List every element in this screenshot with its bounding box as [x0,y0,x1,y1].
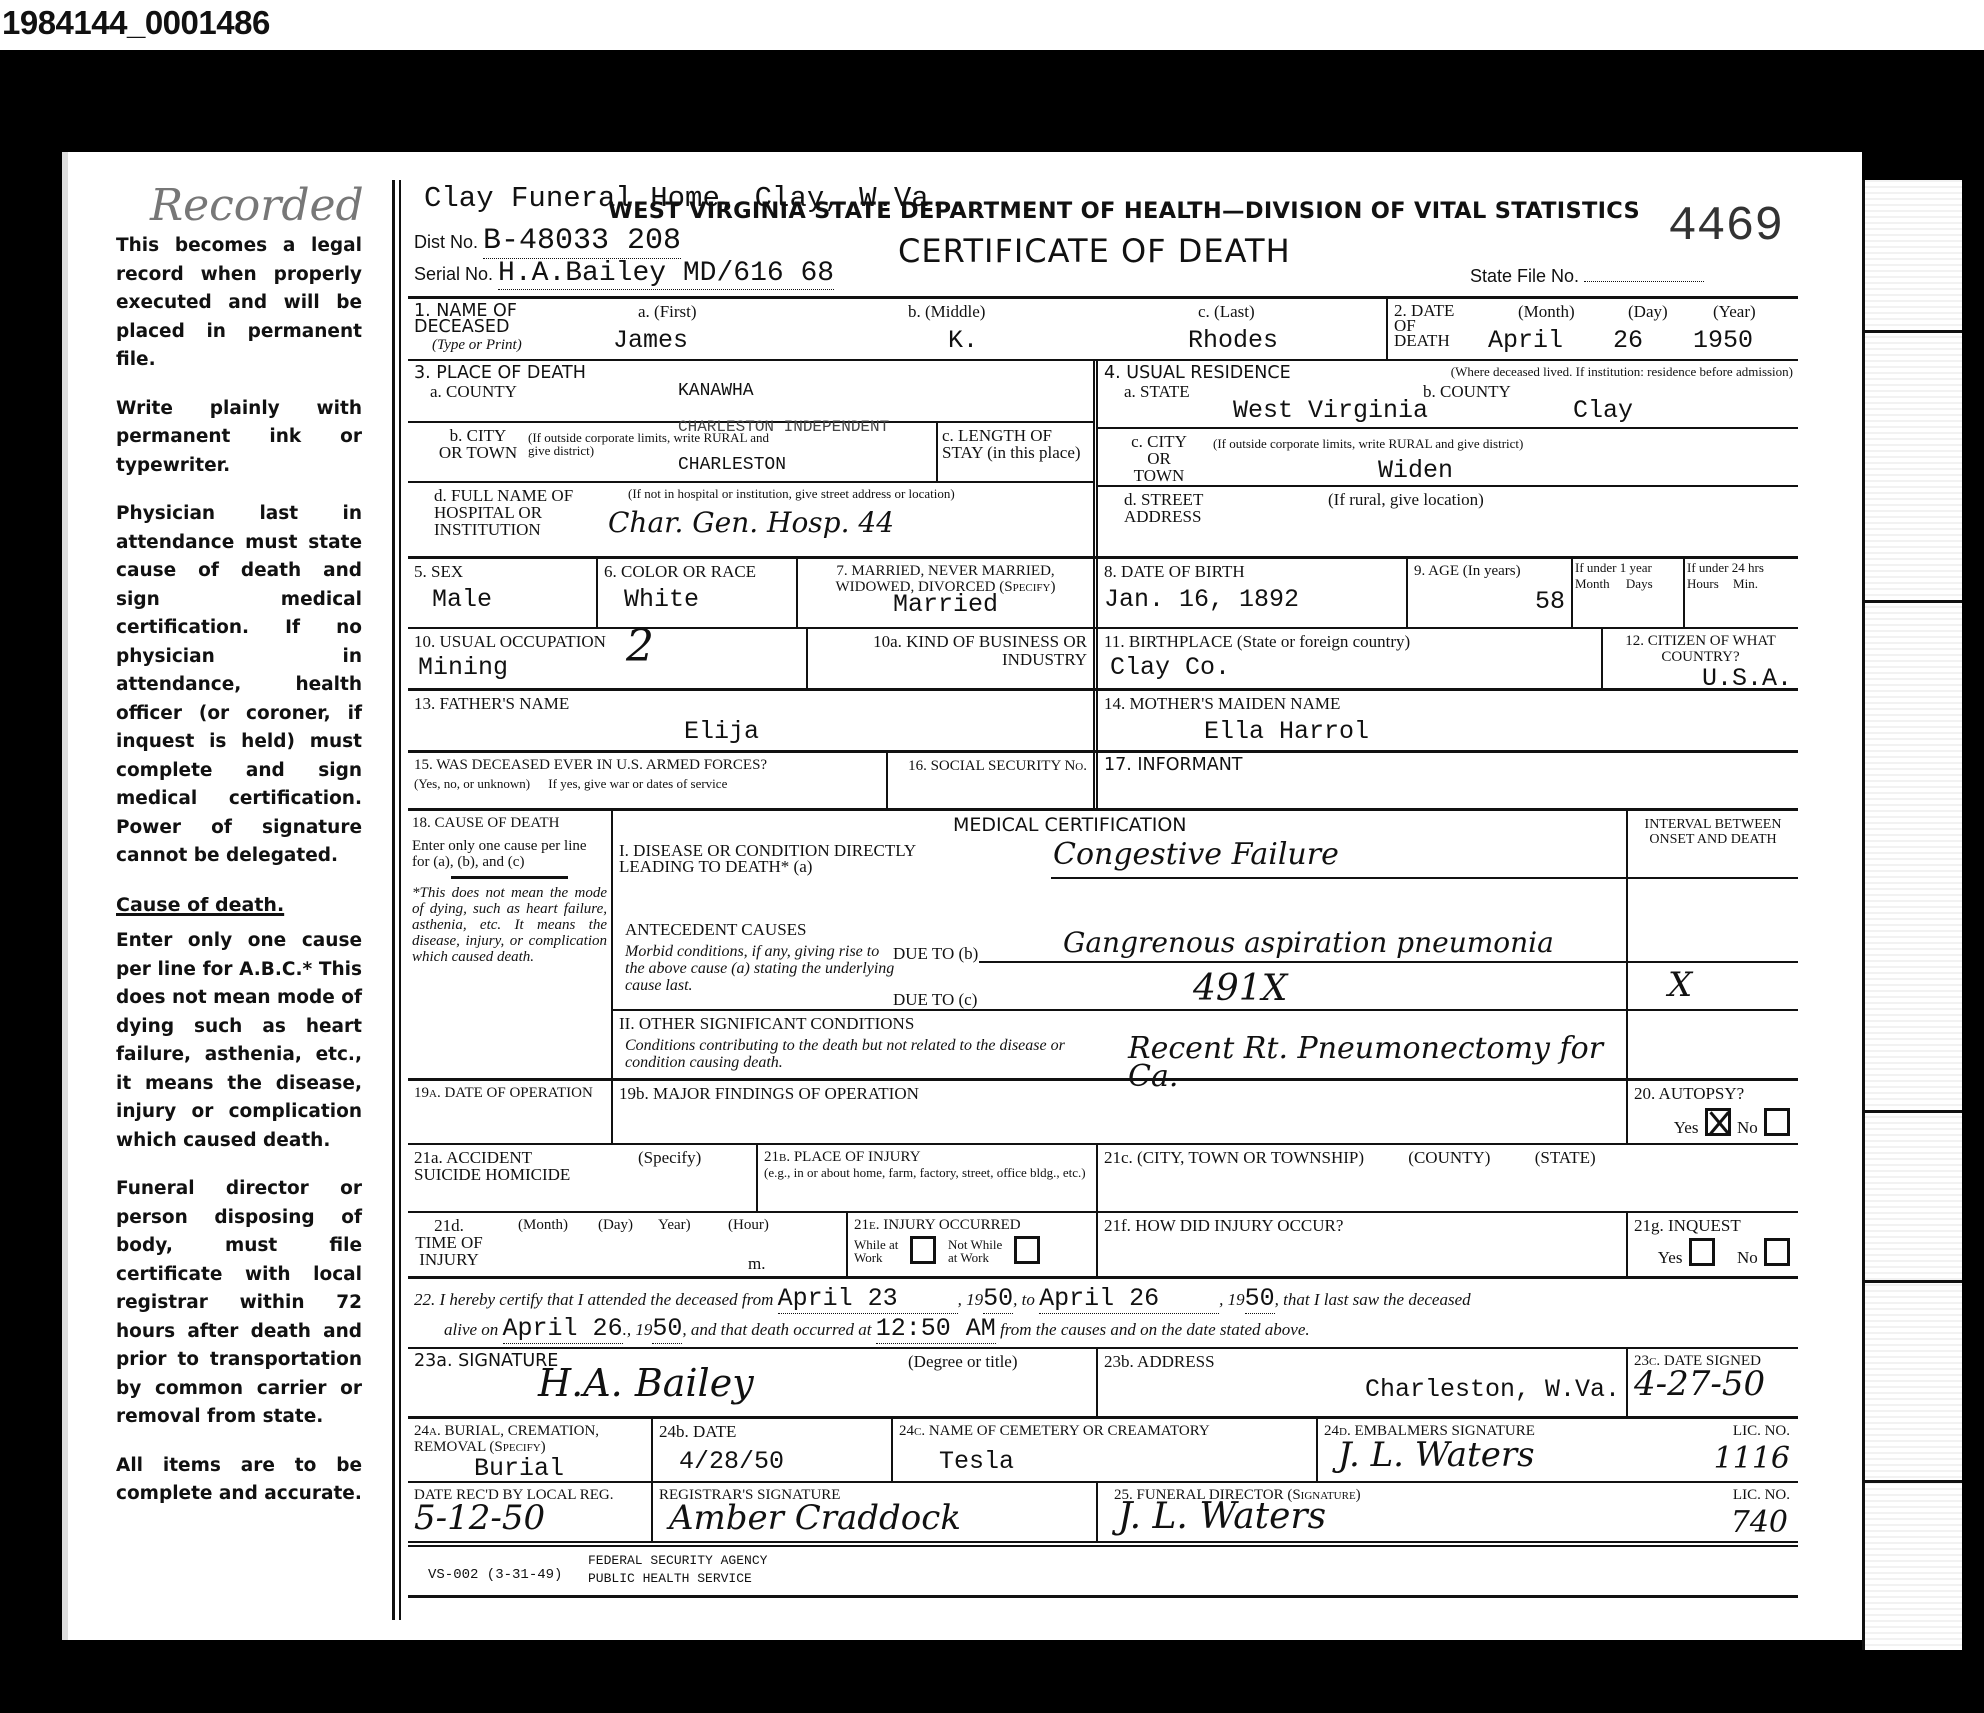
embalmer-signature: J. L. Waters [1338,1441,1535,1469]
autopsy-yes-label: Yes [1674,1118,1699,1137]
autopsy-yes-checkbox[interactable] [1705,1108,1731,1136]
field-disposition: 24a. BURIAL, CREMATION, REMOVAL (Specify… [408,1419,653,1481]
dist-value: B-48033 208 [483,224,681,259]
form-grid: 1. NAME OF DECEASED (Type or Print) a. (… [408,296,1798,1598]
physician-address: Charleston, W.Va. [1104,1376,1620,1404]
field-injury-occurred: 21e. INJURY OCCURRED While at Work Not W… [848,1213,1098,1276]
instructions-sidebar: This becomes a legal record when properl… [116,232,362,1529]
strip-rule [1865,1280,1962,1283]
row-place: 3. PLACE OF DEATH a. COUNTY KANAWHA b. C… [408,361,1798,559]
strip-rule [1865,1480,1962,1483]
certify-text-1: 22. I hereby certify that I attended the… [414,1290,773,1309]
row-name: 1. NAME OF DECEASED (Type or Print) a. (… [408,299,1798,361]
accident-specify: (Specify) [638,1149,701,1166]
certify-text-4: from the causes and on the date stated a… [1000,1320,1310,1339]
field-operation-date: 19a. DATE OF OPERATION [408,1081,613,1143]
strip-rule [1865,600,1962,603]
field-interval: INTERVAL BETWEEN ONSET AND DEATH X [1628,811,1798,1078]
due-b-label: DUE TO (b) [893,945,978,962]
interval-mark: X [1668,971,1692,999]
other-label: II. OTHER SIGNIFICANT CONDITIONS [619,1015,914,1032]
right-edge-strip [1862,180,1962,1650]
autopsy-no-label: No [1737,1118,1758,1137]
inquest-label: 21g. INQUEST [1634,1217,1792,1234]
dod-month: April [1488,327,1563,355]
street-note: (If rural, give location) [1328,491,1484,508]
street-label: d. STREET ADDRESS [1124,491,1234,525]
while-work-checkbox[interactable] [910,1236,936,1264]
embalmer-lic-label: LIC. NO. [1733,1423,1790,1440]
medical-title: MEDICAL CERTIFICATION [953,817,1187,834]
row-occupation: 10. USUAL OCCUPATION Mining 2 10a. KIND … [408,629,1798,691]
not-while-work-label: Not While at Work [948,1238,1008,1264]
burial-date: 4/28/50 [679,1448,885,1476]
county-label: a. COUNTY [430,383,517,400]
field-physician-signature: 23a. SIGNATURE (Degree or title) H.A. Ba… [408,1349,1098,1416]
strip-rule [1865,1110,1962,1113]
field-date-signed: 23c. DATE SIGNED 4-27-50 [1628,1349,1798,1416]
field-race: 6. COLOR OR RACE White [598,559,798,627]
dod-day: 26 [1613,327,1643,355]
death-city: CHARLESTON [678,457,786,474]
birthplace-label: 11. BIRTHPLACE (State or foreign country… [1104,633,1595,650]
field-operation-findings: 19b. MAJOR FINDINGS OF OPERATION [613,1081,1628,1143]
sex-label: 5. SEX [414,563,590,580]
agency-1: FEDERAL SECURITY AGENCY [588,1553,767,1568]
injury-county-label: (COUNTY) [1408,1148,1490,1167]
middle-label: b. (Middle) [908,303,985,320]
row-operation: 19a. DATE OF OPERATION 19b. MAJOR FINDIN… [408,1081,1798,1145]
field-injury-how: 21f. HOW DID INJURY OCCUR? [1098,1213,1628,1276]
director-lic-label: LIC. NO. [1733,1487,1790,1504]
res-state-label: a. STATE [1124,383,1190,400]
certificate-number: 4469 [1668,200,1783,254]
while-work-label: While at Work [854,1238,904,1264]
field-physician-address: 23b. ADDRESS Charleston, W.Va. [1098,1349,1628,1416]
director-lic: 740 [1731,1509,1788,1537]
hospital-note: (If not in hospital or institution, give… [628,487,1088,500]
race-label: 6. COLOR OR RACE [604,563,790,580]
findings-label: 19b. MAJOR FINDINGS OF OPERATION [619,1085,1620,1102]
cause-label: 18. CAUSE OF DEATH [412,815,607,832]
last-seen-year: 50 [652,1315,682,1344]
dob-value: Jan. 16, 1892 [1104,586,1400,614]
state-file-no: State File No. [1470,266,1704,287]
injury-state-label: (STATE) [1535,1148,1596,1167]
ssn-label: 16. SOCIAL SECURITY No. [894,757,1087,775]
under24-hours: Hours [1687,576,1719,591]
first-name: James [613,327,688,355]
certify-text-2: , that I last saw the deceased [1275,1290,1471,1309]
last-seen-alive: April 26 [503,1315,623,1344]
row-medical: 18. CAUSE OF DEATH Enter only one cause … [408,811,1798,1081]
marital-value: Married [804,591,1087,619]
dod-year: 1950 [1693,327,1753,355]
sex-value: Male [432,586,590,614]
autopsy-no-checkbox[interactable] [1764,1108,1790,1136]
field-date-of-death: 2. DATE OF DEATH (Month) (Day) (Year) Ap… [1388,299,1798,359]
age-value: 58 [1414,588,1565,616]
name-label: 1. NAME OF DECEASED [414,303,564,335]
row-burial: 24a. BURIAL, CREMATION, REMOVAL (Specify… [408,1419,1798,1483]
injury-city-label: 21c. (CITY, TOWN OR TOWNSHIP) [1104,1148,1364,1167]
other-note: Conditions contributing to the death but… [625,1037,1105,1071]
due-c-label: DUE TO (c) [893,991,977,1008]
field-residence: 4. USUAL RESIDENCE (Where deceased lived… [1098,361,1798,556]
department-title: WEST VIRGINIA STATE DEPARTMENT OF HEALTH… [608,198,1640,224]
row-service: 15. WAS DECEASED EVER IN U.S. ARMED FORC… [408,753,1798,811]
field-place-of-death: 3. PLACE OF DEATH a. COUNTY KANAWHA b. C… [408,361,1098,556]
res-county: Clay [1573,397,1633,425]
sidebar-divider [399,180,401,1620]
last-name: Rhodes [1188,327,1278,355]
to-year-prefix: , 19 [1219,1290,1245,1309]
field-father: 13. FATHER'S NAME Elija [408,691,1098,750]
under24-label: If under 24 hrs [1687,561,1796,574]
field-injury-place: 21b. PLACE OF INJURY (e.g., in or about … [758,1145,1098,1211]
inquest-no-label: No [1737,1248,1758,1267]
certificate-title: CERTIFICATE OF DEATH [898,232,1291,270]
cemetery-label: 24c. NAME OF CEMETERY OR CREAMATORY [899,1423,1310,1440]
field-registrar-signature: REGISTRAR'S SIGNATURE Amber Craddock [653,1483,1098,1541]
sidebar-divider [392,180,395,1620]
field-autopsy: 20. AUTOPSY? Yes No [1628,1081,1798,1143]
injury-time-label: 21d. TIME OF INJURY [414,1217,484,1268]
cause-c: 491X [1193,975,1287,1003]
cause-heading: Cause of death. [116,891,362,920]
instruction-ink: Write plainly with permanent ink or type… [116,395,362,481]
form-number: VS-002 (3-31-49) [428,1567,562,1583]
field-mother: 14. MOTHER'S MAIDEN NAME Ella Harrol [1098,691,1798,750]
strip-rule [1865,330,1962,333]
physician-signature: H.A. Bailey [538,1369,754,1397]
row-personal: 5. SEX Male 6. COLOR OR RACE White 7. MA… [408,559,1798,629]
disposition-label: 24a. BURIAL, CREMATION, REMOVAL (Specify… [414,1423,645,1455]
instruction-physician: Physician last in attendance must state … [116,500,362,871]
cause-b: Gangrenous aspiration pneumonia [1063,929,1554,957]
field-inquest: 21g. INQUEST Yes No [1628,1213,1798,1276]
field-cause-of-death: MEDICAL CERTIFICATION I. DISEASE OR COND… [613,811,1628,1078]
field-under-1-year: If under 1 year Month Days [1573,559,1685,627]
field-citizen: 12. CITIZEN OF WHAT COUNTRY? U.S.A. [1603,629,1798,688]
occurred-label: 21e. INJURY OCCURRED [854,1217,1090,1234]
father-label: 13. FATHER'S NAME [414,695,1087,712]
injury-place-label: 21b. PLACE OF INJURY [764,1149,1090,1166]
field-dob: 8. DATE OF BIRTH Jan. 16, 1892 [1098,559,1408,627]
instruction-cause: Enter only one cause per line for A.B.C.… [116,927,362,1155]
accident-label: 21a. ACCIDENT SUICIDE HOMICIDE [414,1149,574,1183]
time-of-death: 12:50 AM [876,1315,996,1344]
antecedent-note: Morbid conditions, if any, giving rise t… [625,943,895,994]
field-armed-forces: 15. WAS DECEASED EVER IN U.S. ARMED FORC… [408,753,888,808]
field-cemetery: 24c. NAME OF CEMETERY OR CREAMATORY Tesl… [893,1419,1318,1481]
age-label: 9. AGE (In years) [1414,563,1565,580]
autopsy-label: 20. AUTOPSY? [1634,1085,1792,1102]
interval-label: INTERVAL BETWEEN ONSET AND DEATH [1628,811,1798,853]
degree-label: (Degree or title) [908,1353,1018,1370]
antecedent-label: ANTECEDENT CAUSES [625,921,807,938]
under24-min: Min. [1733,576,1758,591]
row-injury-1: 21a. ACCIDENT SUICIDE HOMICIDE (Specify)… [408,1145,1798,1213]
place-label: 3. PLACE OF DEATH [414,365,586,382]
instruction-complete: All items are to be complete and accurat… [116,1452,362,1509]
injury-m-label: m. [748,1255,765,1272]
field-embalmer: 24d. EMBALMERS SIGNATURE LIC. NO. J. L. … [1318,1419,1798,1481]
attended-to-year: 50 [1245,1285,1275,1314]
armed-sub2: If yes, give war or dates of service [548,776,727,791]
serial-value: H.A.Bailey MD/616 68 [498,258,834,290]
injury-year-label: Year) [658,1217,691,1234]
field-injury-location: 21c. (CITY, TOWN OR TOWNSHIP) (COUNTY) (… [1098,1145,1798,1211]
date-signed: 4-27-50 [1634,1370,1792,1398]
field-cause-instructions: 18. CAUSE OF DEATH Enter only one cause … [408,811,613,1078]
mother-label: 14. MOTHER'S MAIDEN NAME [1104,695,1792,712]
residence-note: (Where deceased lived. If institution: r… [1428,365,1793,378]
res-county-label: b. COUNTY [1423,383,1511,400]
first-label: a. (First) [638,303,697,320]
serial-no: Serial No. H.A.Bailey MD/616 68 [414,258,834,289]
dod-label: 2. DATE OF DEATH [1394,303,1474,348]
to-label: , to [1013,1290,1035,1309]
alive-label: alive on [444,1320,498,1339]
row-injury-2: 21d. TIME OF INJURY (Month) (Day) Year) … [408,1213,1798,1279]
field-funeral-director: 25. FUNERAL DIRECTOR (Signature) LIC. NO… [1098,1483,1798,1541]
inquest-yes-checkbox[interactable] [1689,1238,1715,1266]
res-city-note: (If outside corporate limits, write RURA… [1213,437,1523,450]
occupation-code: 2 [626,633,654,661]
citizen-label: 12. CITIZEN OF WHAT COUNTRY? [1609,633,1792,665]
res-city-label: c. CITY OR TOWN [1124,433,1194,484]
field-burial-date: 24b. DATE 4/28/50 [653,1419,893,1481]
image-id: 1984144_0001486 [2,4,270,42]
state-file-label: State File No. [1470,266,1579,286]
field-birthplace: 11. BIRTHPLACE (State or foreign country… [1098,629,1603,688]
birthplace-value: Clay Co. [1110,654,1595,682]
alive-year-prefix: ., 19 [623,1320,653,1339]
injury-hour-label: (Hour) [728,1217,769,1234]
row-signature: 23a. SIGNATURE (Degree or title) H.A. Ba… [408,1349,1798,1419]
res-state: West Virginia [1233,397,1428,425]
operation-date-label: 19a. DATE OF OPERATION [414,1085,605,1101]
embalmer-lic: 1116 [1714,1445,1790,1473]
form-footer: VS-002 (3-31-49) FEDERAL SECURITY AGENCY… [408,1547,1798,1595]
city-label: b. CITY OR TOWN [438,427,518,461]
occupation-value: Mining [418,654,800,682]
field-ssn: 16. SOCIAL SECURITY No. [888,753,1098,808]
burial-date-label: 24b. DATE [659,1423,885,1440]
field-age: 9. AGE (In years) 58 [1408,559,1573,627]
dod-month-label: (Month) [1518,303,1575,320]
hospital-label: d. FULL NAME OF HOSPITAL OR INSTITUTION [434,487,604,538]
recorded-stamp: Recorded [150,180,364,231]
serial-label: Serial No. [414,264,493,284]
injury-place-note: (e.g., in or about home, farm, factory, … [764,1166,1090,1179]
informant-label: 17. INFORMANT [1104,757,1792,774]
certify-text-3: , and that death occurred at [682,1320,871,1339]
row-registrar: DATE REC'D BY LOCAL REG. 5-12-50 REGISTR… [408,1483,1798,1547]
row-parents: 13. FATHER'S NAME Elija 14. MOTHER'S MAI… [408,691,1798,753]
field-occupation: 10. USUAL OCCUPATION Mining 2 [408,629,808,688]
instruction-legal: This becomes a legal record when properl… [116,232,362,375]
under1-label: If under 1 year [1575,561,1681,574]
instruction-funeral: Funeral director or person disposing of … [116,1175,362,1432]
field-accident-type: 21a. ACCIDENT SUICIDE HOMICIDE (Specify) [408,1145,758,1211]
attended-to: April 26 [1039,1285,1219,1314]
field-marital: 7. MARRIED, NEVER MARRIED, WIDOWED, DIVO… [798,559,1098,627]
cause-instr: Enter only one cause per line for (a), (… [412,838,607,870]
stay-label: c. LENGTH OF STAY (in this place) [942,427,1092,461]
residence-label: 4. USUAL RESIDENCE [1104,365,1291,382]
disease-label: I. DISEASE OR CONDITION DIRECTLY LEADING… [619,843,939,875]
address-label: 23b. ADDRESS [1104,1353,1620,1370]
field-under-24-hrs: If under 24 hrs Hours Min. [1685,559,1798,627]
field-name: 1. NAME OF DECEASED (Type or Print) a. (… [408,299,1388,359]
under1-month: Month [1575,576,1610,591]
dob-label: 8. DATE OF BIRTH [1104,563,1400,580]
city-overprint: CHARLESTON INDEPENDENT [678,419,889,436]
date-received: 5-12-50 [414,1504,645,1532]
race-value: White [624,586,790,614]
field-business: 10a. KIND OF BUSINESS OR INDUSTRY [808,629,1098,688]
injury-how-label: 21f. HOW DID INJURY OCCUR? [1104,1217,1620,1234]
from-year-prefix: , 19 [958,1290,984,1309]
dist-label: Dist No. [414,232,478,252]
occupation-label: 10. USUAL OCCUPATION [414,633,800,650]
middle-name: K. [948,327,978,355]
business-label: 10a. KIND OF BUSINESS OR INDUSTRY [814,633,1087,669]
death-county: KANAWHA [678,383,754,400]
field-sex: 5. SEX Male [408,559,598,627]
res-city: Widen [1378,457,1453,485]
state-file-value [1584,281,1704,282]
attended-from-year: 50 [983,1285,1013,1314]
agency-2: PUBLIC HEALTH SERVICE [588,1571,752,1586]
cause-note: *This does not mean the mode of dying, s… [412,885,607,965]
injury-month-label: (Month) [518,1217,568,1234]
name-sublabel: (Type or Print) [432,337,522,354]
armed-sub1: (Yes, no, or unknown) [414,776,530,791]
dod-year-label: (Year) [1713,303,1756,320]
row-certify: 22. I hereby certify that I attended the… [408,1279,1798,1349]
registrar-signature: Amber Craddock [669,1504,1090,1532]
cause-a: Congestive Failure [1053,841,1339,869]
mother-name: Ella Harrol [1204,718,1792,746]
field-informant: 17. INFORMANT [1098,753,1798,808]
field-certification: 22. I hereby certify that I attended the… [408,1279,1798,1347]
citizen-value: U.S.A. [1609,665,1792,693]
not-while-work-checkbox[interactable] [1014,1236,1040,1264]
dod-day-label: (Day) [1628,303,1668,320]
attended-from: April 23 [778,1285,958,1314]
injury-day-label: (Day) [598,1217,633,1234]
armed-label: 15. WAS DECEASED EVER IN U.S. ARMED FORC… [414,757,880,774]
dist-no: Dist No. B-48033 208 [414,224,681,258]
director-signature: J. L. Waters [1118,1503,1326,1531]
inquest-yes-label: Yes [1658,1248,1683,1267]
father-name: Elija [684,718,1087,746]
cemetery-name: Tesla [939,1448,1310,1476]
hospital-name: Char. Gen. Hosp. 44 [608,509,894,537]
last-label: c. (Last) [1198,303,1255,320]
disposition-value: Burial [474,1455,645,1483]
inquest-no-checkbox[interactable] [1764,1238,1790,1266]
under1-days: Days [1626,576,1653,591]
field-date-received: DATE REC'D BY LOCAL REG. 5-12-50 [408,1483,653,1541]
field-injury-time: 21d. TIME OF INJURY (Month) (Day) Year) … [408,1213,848,1276]
